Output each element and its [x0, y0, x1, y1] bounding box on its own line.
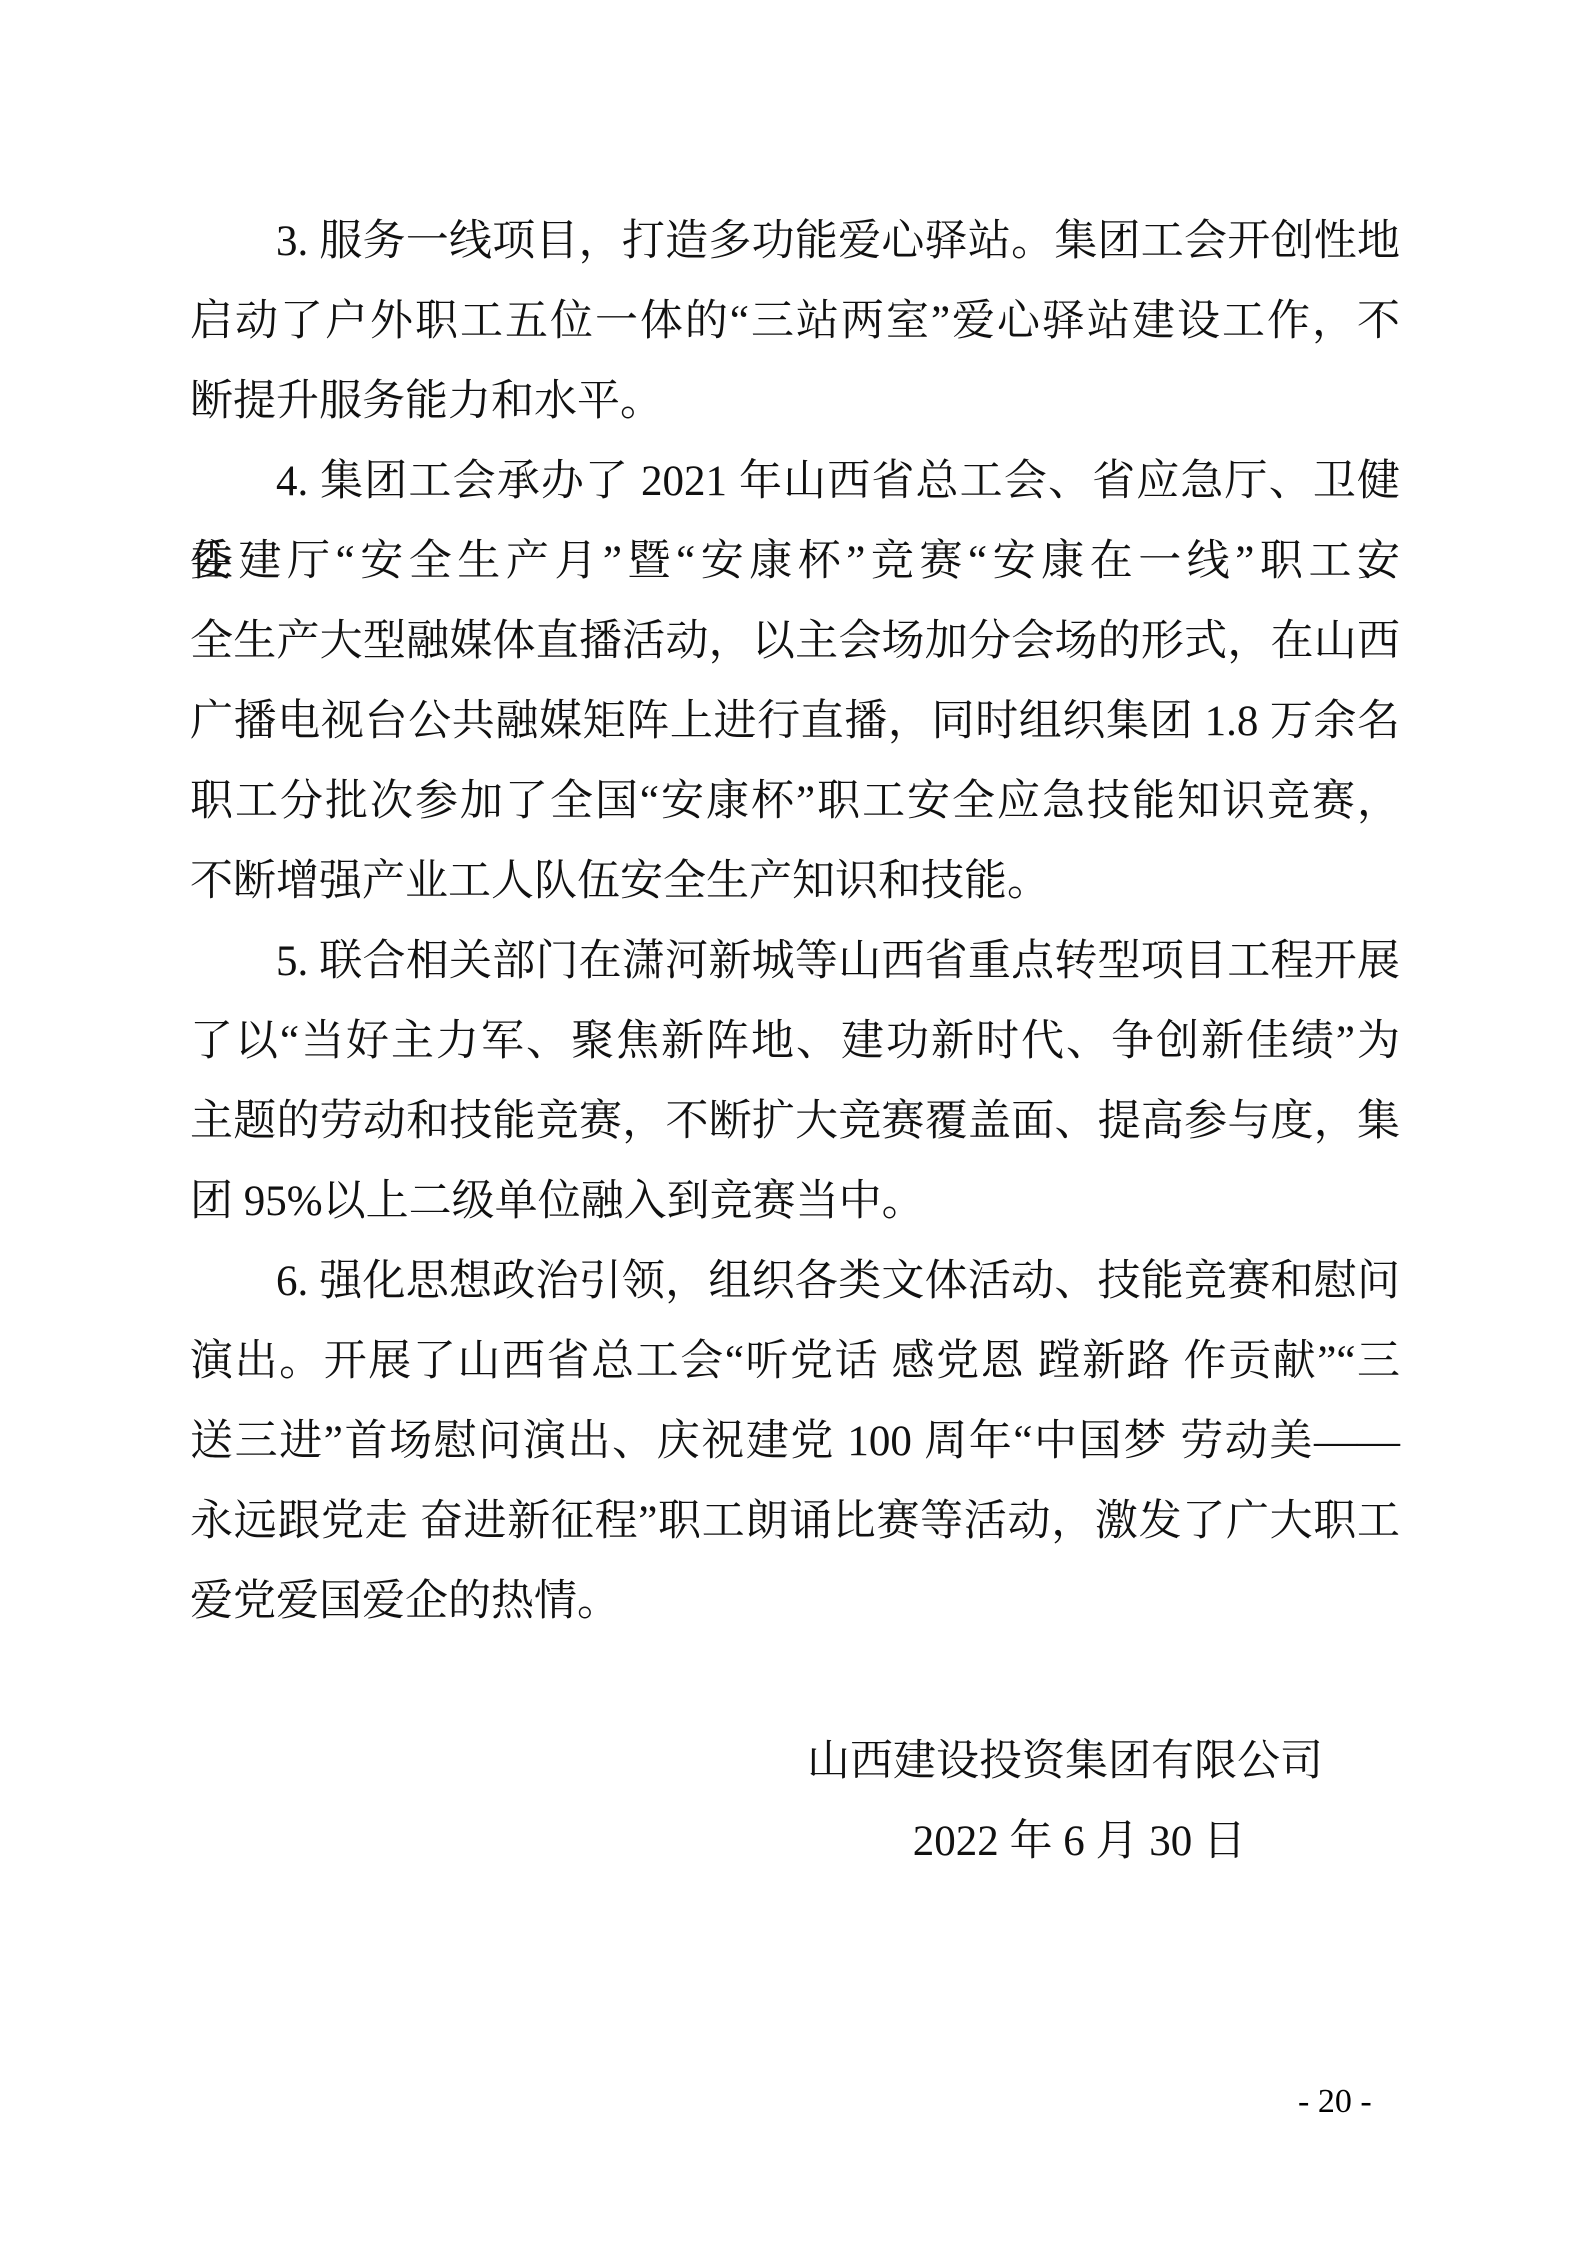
text-line-p2-l4: 广播电视台公共融媒矩阵上进行直播，同时组织集团 1.8 万余名 — [190, 682, 1400, 762]
text-line-p1-l3: 断提升服务能力和水平。 — [190, 362, 1400, 442]
text-line-p3-l4: 团 95%以上二级单位融入到竞赛当中。 — [190, 1162, 1400, 1242]
text-line-p2-l1: 4. 集团工会承办了 2021 年山西省总工会、省应急厅、卫健委、 — [190, 442, 1400, 522]
text-line-p4-l1: 6. 强化思想政治引领，组织各类文体活动、技能竞赛和慰问 — [190, 1242, 1400, 1322]
signature-date: 2022 年 6 月 30 日 — [190, 1802, 1400, 1882]
page-number: - 20 - — [1298, 2082, 1372, 2122]
text-line-p2-l5: 职工分批次参加了全国“安康杯”职工安全应急技能知识竞赛， — [190, 762, 1400, 842]
document-body: 3. 服务一线项目，打造多功能爱心驿站。集团工会开创性地启动了户外职工五位一体的… — [190, 202, 1400, 1642]
text-line-p4-l4: 永远跟党走 奋进新征程”职工朗诵比赛等活动，激发了广大职工 — [190, 1482, 1400, 1562]
text-line-p3-l1: 5. 联合相关部门在潇河新城等山西省重点转型项目工程开展 — [190, 922, 1400, 1002]
text-line-p3-l3: 主题的劳动和技能竞赛，不断扩大竞赛覆盖面、提高参与度，集 — [190, 1082, 1400, 1162]
text-line-p2-l2: 住建厅“安全生产月”暨“安康杯”竞赛“安康在一线”职工安 — [190, 522, 1400, 602]
text-line-p4-l2: 演出。开展了山西省总工会“听党话 感党恩 蹚新路 作贡献”“三 — [190, 1322, 1400, 1402]
text-line-p1-l2: 启动了户外职工五位一体的“三站两室”爱心驿站建设工作，不 — [190, 282, 1400, 362]
text-line-p1-l1: 3. 服务一线项目，打造多功能爱心驿站。集团工会开创性地 — [190, 202, 1400, 282]
signature-company: 山西建设投资集团有限公司 — [190, 1722, 1400, 1802]
text-line-p2-l6: 不断增强产业工人队伍安全生产知识和技能。 — [190, 842, 1400, 922]
text-line-p2-l3: 全生产大型融媒体直播活动，以主会场加分会场的形式，在山西 — [190, 602, 1400, 682]
text-line-p3-l2: 了以“当好主力军、聚焦新阵地、建功新时代、争创新佳绩”为 — [190, 1002, 1400, 1082]
document-page: 3. 服务一线项目，打造多功能爱心驿站。集团工会开创性地启动了户外职工五位一体的… — [0, 0, 1587, 2245]
text-line-p4-l5: 爱党爱国爱企的热情。 — [190, 1562, 1400, 1642]
text-line-p4-l3: 送三进”首场慰问演出、庆祝建党 100 周年“中国梦 劳动美—— — [190, 1402, 1400, 1482]
